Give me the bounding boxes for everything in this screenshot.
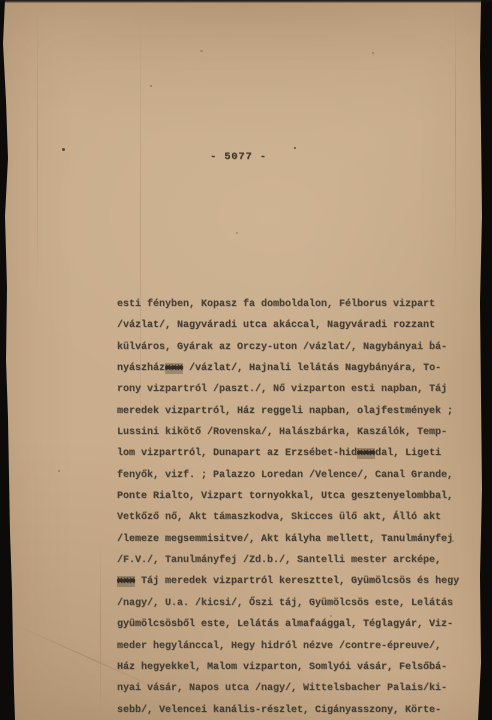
struck-text: xxx [357,448,375,459]
scan-edge-top [0,0,492,3]
text-segment: meder hegylánccal, Hegy hidról nézve /co… [117,641,441,652]
text-segment: nyai vásár, Napos utca /nagy/, Wittelsba… [117,683,447,694]
paper-crease [100,540,101,720]
text-line: xxx Táj meredek vizpartról kereszttel, G… [117,571,469,592]
text-line: Lussini kikötő /Rovenska/, Halászbárka, … [117,422,469,443]
text-line: /F.V./, Tanulmányfej /Zd.b./, Santelli m… [117,550,469,571]
text-line: nyai vásár, Napos utca /nagy/, Wittelsba… [117,678,469,699]
text-segment: sebb/, Velencei kanális-részlet, Cigánya… [117,705,441,716]
paper-crease [455,0,456,260]
text-line: esti fényben, Kopasz fa domboldalon, Fél… [117,294,469,315]
text-segment: Lussini kikötő /Rovenska/, Halászbárka, … [117,427,447,438]
scan-edge-left [0,0,16,720]
text-segment: lom vizpartról, Dunapart az Erzsébet-hid [117,448,357,459]
scanned-page: - 5077 - esti fényben, Kopasz fa dombold… [0,0,492,720]
text-segment: /F.V./, Tanulmányfej /Zd.b./, Santelli m… [117,555,441,566]
paper-speck [58,470,60,472]
text-segment: dal, Ligeti [375,448,441,459]
text-segment: Táj meredek vizpartról kereszttel, Gyümö… [135,576,459,587]
text-segment: /lemeze megsemmisitve/, Akt kályha melle… [117,534,453,545]
text-line: /nagy/, U.a. /kicsi/, Őszi táj, Gyümölcs… [117,593,469,614]
text-line: fenyők, vizf. ; Palazzo Loredan /Velence… [117,465,469,486]
text-line: /lemeze megsemmisitve/, Akt kályha melle… [117,529,469,550]
struck-text: xxx [117,576,135,587]
text-line: rony vizpartról /paszt./, Nő vizparton e… [117,379,469,400]
text-segment: külváros, Gyárak az Orczy-uton /vázlat/,… [117,342,447,353]
text-segment: fenyők, vizf. ; Palazzo Loredan /Velence… [117,470,453,481]
text-line: gyümölcsösből este, Lelátás almafaággal,… [117,614,469,635]
text-segment: Ponte Rialto, Vizpart tornyokkal, Utca g… [117,491,453,502]
text-line: Ponte Rialto, Vizpart tornyokkal, Utca g… [117,486,469,507]
struck-text: xxx [165,363,183,374]
paper-speck [294,147,296,149]
text-segment: nyászház [117,363,165,374]
typed-lines: esti fényben, Kopasz fa domboldalon, Fél… [117,294,469,720]
text-line: sebb/, Velencei kanális-részlet, Cigánya… [117,700,469,720]
text-line: Vetkőző nő, Akt támaszkodva, Skicces ülő… [117,507,469,528]
page-number: - 5077 - [210,151,267,163]
text-segment: Vetkőző nő, Akt támaszkodva, Skicces ülő… [117,512,441,523]
text-segment: meredek vizpartról, Ház reggeli napban, … [117,406,453,417]
text-line: Ház hegyekkel, Malom vizparton, Somlyói … [117,657,469,678]
text-segment: rony vizpartról /paszt./, Nő vizparton e… [117,384,447,395]
paper-speck [236,232,238,234]
paper-speck [62,148,65,151]
text-segment: /vázlat/, Hajnali lelátás Nagybányára, T… [183,363,441,374]
scan-edge-right [478,0,492,720]
text-line: nyászházxxx /vázlat/, Hajnali lelátás Na… [117,358,469,379]
text-segment: gyümölcsösből este, Lelátás almafaággal,… [117,619,453,630]
paper-speck [200,50,203,52]
text-line: külváros, Gyárak az Orczy-uton /vázlat/,… [117,337,469,358]
text-line: lom vizpartról, Dunapart az Erzsébet-hid… [117,443,469,464]
paper-crease [37,0,38,300]
paper-speck [150,85,152,87]
text-line: meder hegylánccal, Hegy hidról nézve /co… [117,636,469,657]
text-segment: /nagy/, U.a. /kicsi/, Őszi táj, Gyümölcs… [117,598,453,609]
text-segment: esti fényben, Kopasz fa domboldalon, Fél… [117,299,435,310]
text-line: meredek vizpartról, Ház reggeli napban, … [117,401,469,422]
paper-speck [372,52,374,54]
text-segment: /vázlat/, Nagyváradi utca akáccal, Nagyv… [117,320,435,331]
text-segment: Ház hegyekkel, Malom vizparton, Somlyói … [117,662,447,673]
text-line: /vázlat/, Nagyváradi utca akáccal, Nagyv… [117,315,469,336]
